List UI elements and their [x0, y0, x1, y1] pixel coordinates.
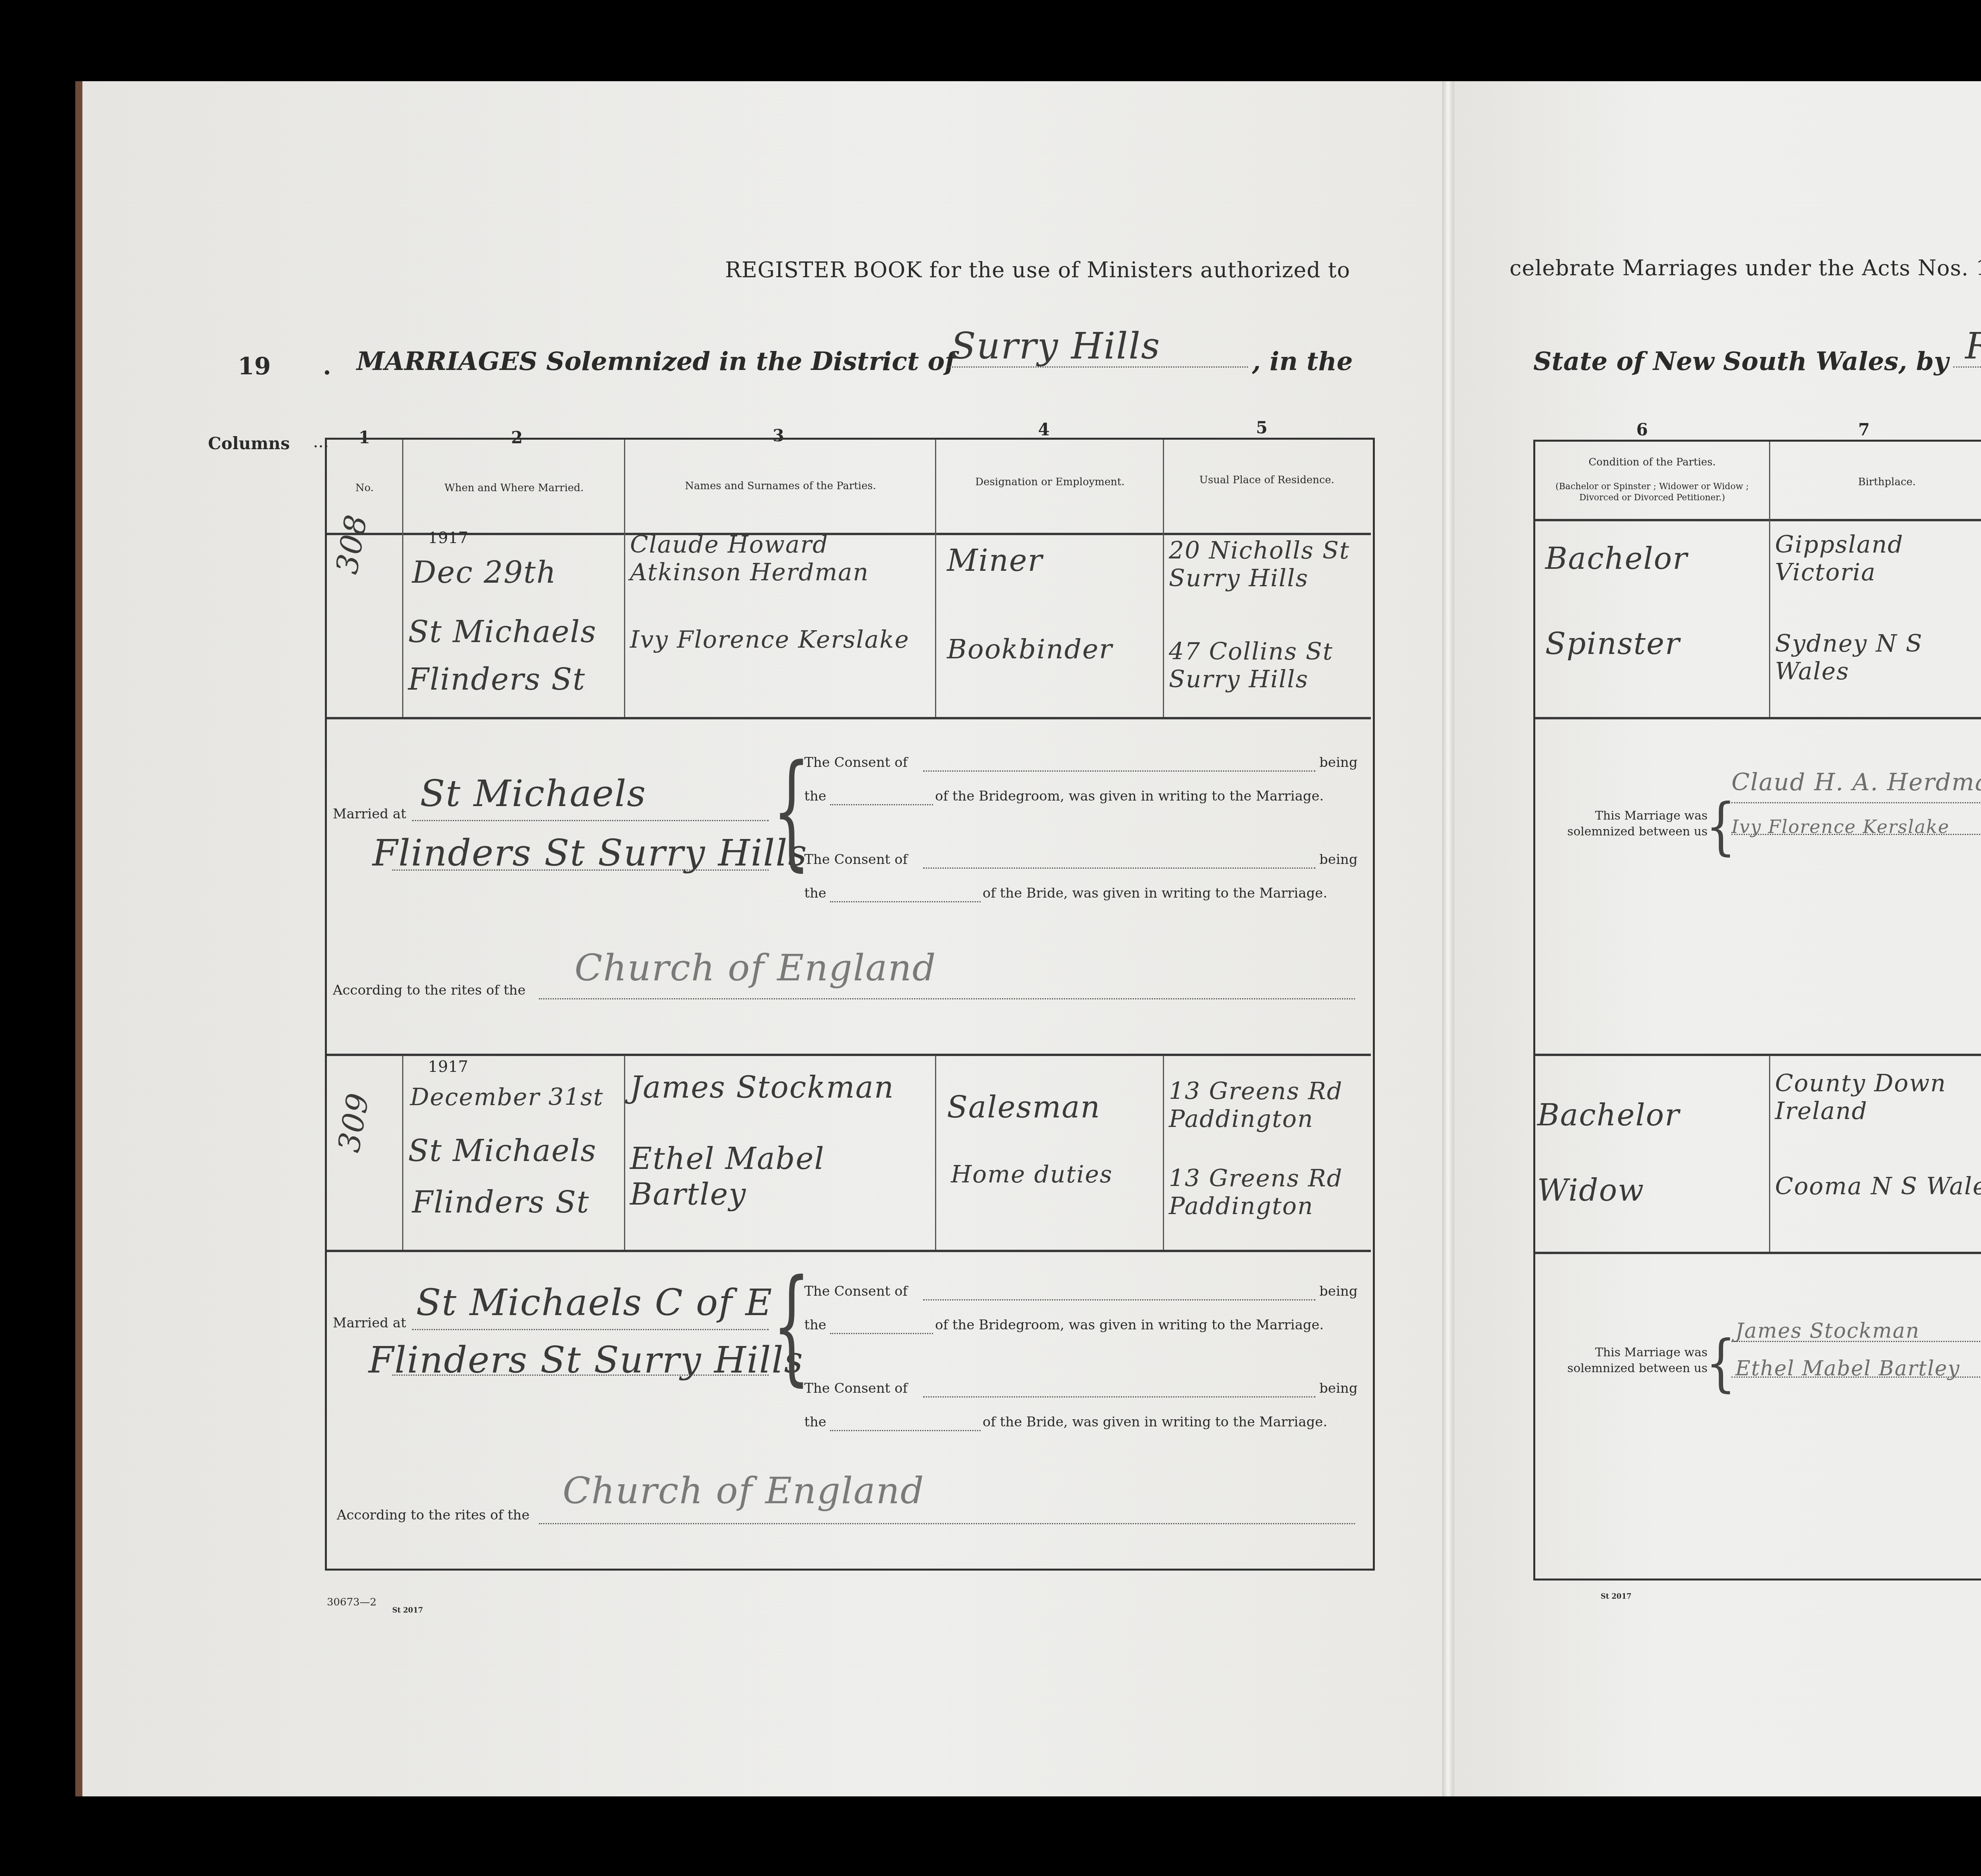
left-col-divider [402, 440, 403, 717]
signature-line [1731, 1341, 1981, 1342]
col-num-7: 7 [1858, 420, 1870, 439]
rites-line [539, 1523, 1355, 1524]
print-code-right: St 2017 [1601, 1592, 1632, 1601]
groom-name: Claude Howard Atkinson Herdman [630, 531, 935, 586]
left-entry1-divider [327, 717, 1371, 719]
right-col-divider [1769, 1056, 1770, 1254]
right-entry1-divider [1535, 717, 1981, 719]
according-label: According to the rites of the [337, 1507, 530, 1523]
right-entry2-divider [1535, 1252, 1981, 1254]
bride-birthplace: Sydney N S Wales [1775, 630, 1981, 685]
being-label: being [1319, 852, 1357, 867]
columns-label: Columns [208, 434, 290, 453]
in-the-label: , in the [1252, 347, 1353, 376]
married-at-value-1: St Michaels [420, 772, 647, 815]
groom-occupation: Miner [947, 543, 1043, 578]
district-underline [947, 366, 1248, 368]
bride-residence: 13 Greens Rd Paddington [1169, 1165, 1367, 1220]
left-col-divider [624, 440, 625, 717]
minister-value: Rev A. E. Morris [1965, 325, 1981, 367]
married-at-line [412, 820, 769, 821]
col-num-6: 6 [1636, 420, 1648, 439]
bride-condition: Widow [1537, 1172, 1645, 1208]
solemnized-label-2: solemnized between us [1533, 1361, 1708, 1376]
groom-condition: Bachelor [1537, 1097, 1680, 1132]
entry-street: Flinders St [408, 662, 586, 697]
consent-line [830, 1333, 933, 1334]
bride-birthplace: Cooma N S Wales [1775, 1172, 1981, 1200]
entry-year: 1917 [428, 529, 468, 547]
header-left-line: REGISTER BOOK for the use of Ministers a… [725, 257, 1350, 282]
being-label: being [1319, 755, 1357, 770]
col-num-5: 5 [1256, 418, 1267, 437]
bride-consent-label: of the Bride, was given in writing to th… [983, 1414, 1327, 1430]
minister-underline [1953, 366, 1981, 368]
being-label: being [1319, 1380, 1357, 1396]
consent-of-label: The Consent of [804, 1380, 908, 1396]
left-entry2-divider [327, 1250, 1371, 1252]
hdr-condition: Condition of the Parties. [1537, 456, 1767, 469]
consent-line [923, 867, 1315, 869]
left-col-divider [624, 1056, 625, 1250]
hdr-designation: Designation or Employment. [937, 475, 1163, 489]
entry-church: St Michaels [408, 1133, 597, 1168]
left-col-divider [935, 440, 936, 717]
entry-street: Flinders St [412, 1184, 590, 1220]
bridegroom-consent-label: of the Bridegroom, was given in writing … [935, 788, 1324, 804]
entry-date: December 31st [410, 1083, 604, 1111]
rites-value: Church of England [563, 1470, 924, 1512]
hdr-condition-sub: (Bachelor or Spinster ; Widower or Widow… [1537, 481, 1767, 503]
married-at-line [412, 1329, 769, 1330]
left-col-divider [935, 1056, 936, 1250]
right-entry2-top [1535, 1054, 1981, 1056]
married-at-value-1: St Michaels C of E [416, 1281, 773, 1324]
bride-occupation: Bookbinder [947, 634, 1113, 665]
married-at-label: Married at [333, 806, 406, 822]
print-code-left: St 2017 [392, 1606, 423, 1615]
bride-name: Ivy Florence Kerslake [630, 626, 935, 654]
groom-condition: Bachelor [1545, 541, 1688, 576]
solemnized-label-1: This Marriage was [1533, 808, 1708, 824]
consent-of-label: The Consent of [804, 755, 908, 770]
year-prefix: 19 [238, 353, 271, 380]
according-label: According to the rites of the [333, 982, 526, 998]
married-at-value-2: Flinders St Surry Hills [372, 832, 807, 874]
groom-occupation: Salesman [947, 1089, 1101, 1125]
signature-groom: Claud H. A. Herdman [1731, 768, 1981, 796]
consent-of-label: The Consent of [804, 1283, 908, 1299]
brace-icon: { [1706, 1325, 1736, 1402]
consent-of-label: The Consent of [804, 852, 908, 867]
bride-condition: Spinster [1545, 626, 1680, 661]
groom-birthplace: County Down Ireland [1775, 1070, 1981, 1125]
entry-church: St Michaels [408, 614, 597, 649]
the-label: the [804, 1414, 826, 1430]
consent-line [923, 1396, 1315, 1397]
consent-line [830, 804, 933, 805]
consent-line [923, 1299, 1315, 1300]
left-col-divider [402, 1056, 403, 1250]
entry-year: 1917 [428, 1058, 468, 1076]
the-label: the [804, 1317, 826, 1333]
signature-line [1731, 802, 1981, 803]
header-right-line: celebrate Marriages under the Acts Nos. … [1510, 255, 1981, 280]
bride-occupation: Home duties [951, 1161, 1113, 1188]
the-label: the [804, 885, 826, 901]
married-at-label: Married at [333, 1315, 406, 1331]
left-entry2-top [327, 1054, 1371, 1056]
book-gutter [1442, 81, 1454, 1796]
signature-groom: James Stockman [1735, 1319, 1920, 1343]
solemnized-label-1: This Marriage was [1533, 1345, 1708, 1361]
being-label: being [1319, 1283, 1357, 1299]
bride-name: Ethel Mabel Bartley [630, 1141, 931, 1212]
form-number: 30673—2 [327, 1596, 376, 1608]
hdr-no: No. [327, 481, 402, 495]
state-label: State of New South Wales, by [1533, 347, 1949, 376]
hdr-birthplace: Birthplace. [1771, 475, 1981, 489]
groom-birthplace: Gippsland Victoria [1775, 531, 1981, 586]
solemnized-label-2: solemnized between us [1533, 824, 1708, 840]
bride-consent-label: of the Bride, was given in writing to th… [983, 885, 1327, 901]
marriages-label: MARRIAGES Solemnized in the District of [357, 347, 956, 376]
district-value: Surry Hills [951, 325, 1160, 367]
consent-line [830, 901, 981, 902]
hdr-residence: Usual Place of Residence. [1165, 473, 1369, 487]
rites-line [539, 998, 1355, 999]
left-col-divider [1163, 1056, 1164, 1250]
bride-residence: 47 Collins St Surry Hills [1169, 638, 1367, 693]
consent-line [923, 770, 1315, 772]
groom-residence: 13 Greens Rd Paddington [1169, 1077, 1367, 1133]
right-col-divider [1769, 442, 1770, 719]
consent-line [830, 1430, 981, 1431]
left-register-table [325, 438, 1375, 1571]
groom-residence: 20 Nicholls St Surry Hills [1169, 537, 1367, 592]
col-num-4: 4 [1038, 420, 1050, 439]
married-at-line [392, 869, 769, 871]
right-header-divider [1535, 519, 1981, 521]
rites-value: Church of England [574, 947, 936, 989]
bridegroom-consent-label: of the Bridegroom, was given in writing … [935, 1317, 1324, 1333]
hdr-names: Names and Surnames of the Parties. [626, 479, 935, 493]
married-at-line [392, 1375, 769, 1376]
the-label: the [804, 788, 826, 804]
signature-line [1731, 1376, 1981, 1378]
signature-line [1731, 834, 1981, 835]
year-dot: . [323, 353, 331, 380]
right-register-table [1533, 440, 1981, 1580]
groom-name: James Stockman [630, 1070, 894, 1105]
left-col-divider [1163, 440, 1164, 717]
hdr-when-where: When and Where Married. [404, 481, 624, 495]
entry-date: Dec 29th [412, 555, 557, 590]
